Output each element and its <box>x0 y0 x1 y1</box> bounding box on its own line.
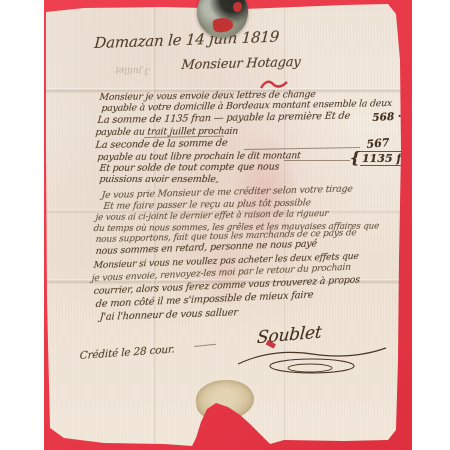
letter-line: Et pour solde de tout compte que nous <box>99 161 280 174</box>
letter-addressee: Monsieur Hotagay <box>181 55 301 73</box>
total-brace: { <box>350 148 360 167</box>
photo-of-letter: 3 juillet Damazan le 14 juin 1819 Monsie… <box>0 0 450 450</box>
letter-line: puissions avoir ensemble, <box>99 174 219 185</box>
signature-flourish <box>232 334 392 378</box>
letter-line: La seconde de la somme de <box>95 138 228 151</box>
dash-rule <box>284 160 350 161</box>
red-wax-fragment <box>212 17 234 34</box>
amount-second: 567 <box>366 136 390 151</box>
amount-first: 568 · <box>372 110 402 124</box>
red-wax-fragment <box>233 2 242 12</box>
letter-paper: 3 juillet Damazan le 14 juin 1819 Monsie… <box>44 0 412 450</box>
amount-total: 1135 f <box>360 151 403 166</box>
